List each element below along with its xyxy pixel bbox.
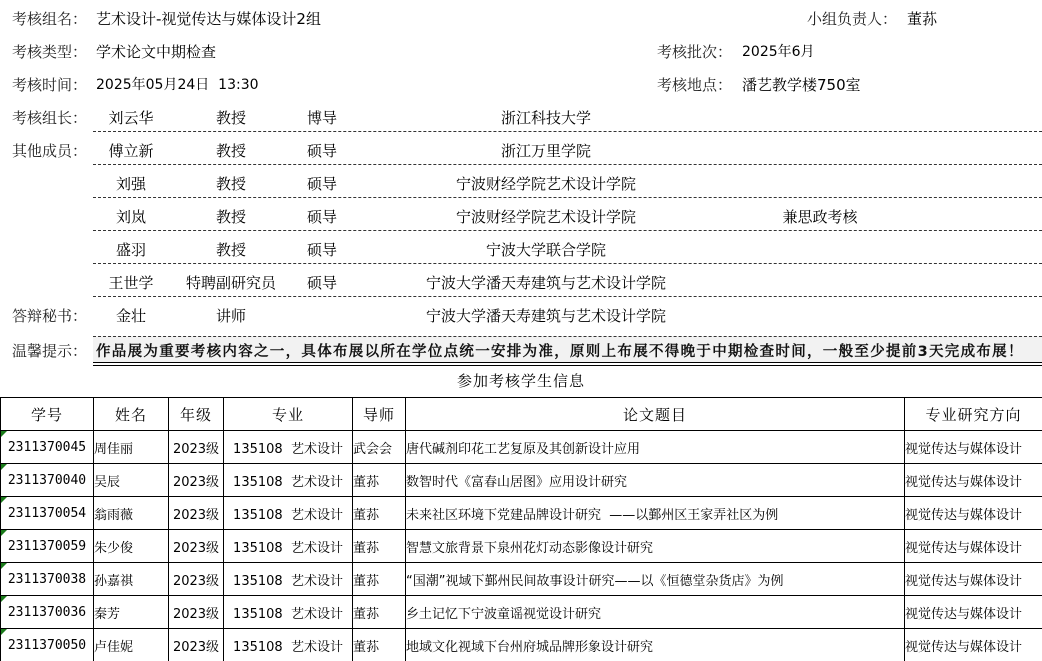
student-thesis[interactable]: 唐代碱剂印花工艺复原及其创新设计应用: [406, 431, 905, 464]
location-label: 考核地点：: [657, 74, 732, 95]
member-institution: 浙江万里学院: [396, 140, 696, 161]
type-value: 学术论文中期检查: [96, 41, 216, 62]
time-label: 考核时间：: [12, 74, 87, 95]
student-major[interactable]: 135108 艺术设计: [224, 629, 353, 661]
student-major[interactable]: 135108 艺术设计: [224, 497, 353, 530]
col-header-advisor: 导师: [353, 398, 406, 431]
cell-comment-marker-icon: [1, 596, 7, 602]
student-id: 2311370045: [8, 440, 86, 455]
student-id-cell[interactable]: 2311370036: [1, 596, 94, 629]
member-title: 教授: [171, 140, 291, 161]
tip-bar: 作品展为重要考核内容之一，具体布展以所在学位点统一安排为准，原则上布展不得晚于中…: [93, 336, 1042, 363]
member-name: 王世学: [81, 272, 181, 293]
table-row: 2311370054 翁雨薇 2023级 135108 艺术设计 董荪 未来社区…: [1, 497, 1042, 530]
student-id: 2311370054: [8, 506, 86, 521]
student-id: 2311370050: [8, 638, 86, 653]
group-name-value: 艺术设计-视觉传达与媒体设计2组: [96, 8, 321, 29]
student-major[interactable]: 135108 艺术设计: [224, 563, 353, 596]
chair-label: 考核组长：: [12, 107, 87, 128]
col-header-id: 学号: [1, 398, 94, 431]
student-advisor[interactable]: 董荪: [353, 629, 406, 661]
member-title: 讲师: [171, 305, 291, 326]
member-tutor: 博导: [292, 107, 352, 128]
divider: [93, 197, 1042, 198]
col-header-thesis: 论文题目: [406, 398, 905, 431]
member-institution: 宁波大学潘天寿建筑与艺术设计学院: [396, 272, 696, 293]
student-major[interactable]: 135108 艺术设计: [224, 464, 353, 497]
divider: [93, 131, 1042, 132]
student-advisor[interactable]: 武会会: [353, 431, 406, 464]
group-name-label: 考核组名：: [12, 8, 87, 29]
student-name[interactable]: 卢佳妮: [94, 629, 169, 661]
student-grade[interactable]: 2023级: [169, 431, 224, 464]
cell-comment-marker-icon: [1, 629, 7, 635]
student-id-cell[interactable]: 2311370038: [1, 563, 94, 596]
cell-comment-marker-icon: [1, 464, 7, 470]
student-thesis[interactable]: 未来社区环境下党建品牌设计研究 ——以鄞州区王家弄社区为例: [406, 497, 905, 530]
member-name: 傅立新: [81, 140, 181, 161]
member-tutor: 硕导: [292, 173, 352, 194]
student-direction[interactable]: 视觉传达与媒体设计: [905, 596, 1042, 629]
student-grade[interactable]: 2023级: [169, 530, 224, 563]
col-header-major: 专业: [224, 398, 353, 431]
tip-label: 温馨提示：: [12, 340, 87, 361]
member-tutor: 硕导: [292, 272, 352, 293]
tip-text: 作品展为重要考核内容之一，具体布展以所在学位点统一安排为准，原则上布展不得晚于中…: [96, 340, 1024, 361]
member-name: 刘岚: [81, 206, 181, 227]
divider: [93, 164, 1042, 165]
student-direction[interactable]: 视觉传达与媒体设计: [905, 563, 1042, 596]
student-advisor[interactable]: 董荪: [353, 497, 406, 530]
student-advisor[interactable]: 董荪: [353, 563, 406, 596]
member-name: 盛羽: [81, 239, 181, 260]
member-institution: 宁波财经学院艺术设计学院: [396, 206, 696, 227]
table-row: 2311370059 朱少俊 2023级 135108 艺术设计 董荪 智慧文旅…: [1, 530, 1042, 563]
time-value: 2025年05月24日 13:30: [96, 74, 259, 94]
type-label: 考核类型：: [12, 41, 87, 62]
member-name: 刘强: [81, 173, 181, 194]
member-tutor: 硕导: [292, 206, 352, 227]
leader-label: 小组负责人：: [807, 8, 897, 29]
students-table: 学号 姓名 年级 专业 导师 论文题目 专业研究方向 2311370045 周佳…: [0, 397, 1042, 661]
student-thesis[interactable]: 地域文化视域下台州府城品牌形象设计研究: [406, 629, 905, 661]
divider: [93, 263, 1042, 264]
member-title: 教授: [171, 206, 291, 227]
member-institution: 宁波大学潘天寿建筑与艺术设计学院: [396, 305, 696, 326]
student-thesis[interactable]: “国潮”视域下鄞州民间故事设计研究——以《恒德堂杂货店》为例: [406, 563, 905, 596]
student-id: 2311370040: [8, 473, 86, 488]
location-value: 潘艺教学楼750室: [742, 74, 861, 95]
student-direction[interactable]: 视觉传达与媒体设计: [905, 530, 1042, 563]
student-name[interactable]: 吴辰: [94, 464, 169, 497]
student-direction[interactable]: 视觉传达与媒体设计: [905, 431, 1042, 464]
student-name[interactable]: 孙嘉祺: [94, 563, 169, 596]
student-direction[interactable]: 视觉传达与媒体设计: [905, 629, 1042, 661]
student-direction[interactable]: 视觉传达与媒体设计: [905, 464, 1042, 497]
leader-value: 董荪: [907, 8, 937, 29]
student-id: 2311370059: [8, 539, 86, 554]
student-grade[interactable]: 2023级: [169, 563, 224, 596]
divider: [93, 230, 1042, 231]
member-institution: 宁波大学联合学院: [396, 239, 696, 260]
student-id-cell[interactable]: 2311370059: [1, 530, 94, 563]
student-direction[interactable]: 视觉传达与媒体设计: [905, 497, 1042, 530]
student-id-cell[interactable]: 2311370050: [1, 629, 94, 661]
cell-comment-marker-icon: [1, 530, 7, 536]
member-name: 刘云华: [81, 107, 181, 128]
student-name[interactable]: 周佳丽: [94, 431, 169, 464]
col-header-direction: 专业研究方向: [905, 398, 1042, 431]
secretary-label: 答辩秘书：: [12, 305, 87, 326]
student-grade[interactable]: 2023级: [169, 596, 224, 629]
member-institution: 浙江科技大学: [396, 107, 696, 128]
cell-comment-marker-icon: [1, 431, 7, 437]
student-grade[interactable]: 2023级: [169, 464, 224, 497]
cell-comment-marker-icon: [1, 497, 7, 503]
member-title: 教授: [171, 239, 291, 260]
student-major[interactable]: 135108 艺术设计: [224, 596, 353, 629]
member-title: 特聘副研究员: [171, 272, 291, 293]
student-id-cell[interactable]: 2311370040: [1, 464, 94, 497]
col-header-name: 姓名: [94, 398, 169, 431]
table-row: 2311370050 卢佳妮 2023级 135108 艺术设计 董荪 地域文化…: [1, 629, 1042, 661]
student-id: 2311370036: [8, 605, 86, 620]
member-tutor: 硕导: [292, 140, 352, 161]
student-name[interactable]: 翁雨薇: [94, 497, 169, 530]
table-row: 2311370045 周佳丽 2023级 135108 艺术设计 武会会 唐代碱…: [1, 431, 1042, 464]
students-section-title: 参加考核学生信息: [0, 370, 1042, 391]
member-title: 教授: [171, 173, 291, 194]
student-advisor[interactable]: 董荪: [353, 530, 406, 563]
student-name[interactable]: 秦芳: [94, 596, 169, 629]
student-thesis[interactable]: 乡土记忆下宁波童谣视觉设计研究: [406, 596, 905, 629]
table-row: 2311370038 孙嘉祺 2023级 135108 艺术设计 董荪 “国潮”…: [1, 563, 1042, 596]
student-advisor[interactable]: 董荪: [353, 596, 406, 629]
student-id-cell[interactable]: 2311370045: [1, 431, 94, 464]
batch-label: 考核批次：: [657, 41, 732, 62]
student-grade[interactable]: 2023级: [169, 629, 224, 661]
student-grade[interactable]: 2023级: [169, 497, 224, 530]
student-id: 2311370038: [8, 572, 86, 587]
student-id-cell[interactable]: 2311370054: [1, 497, 94, 530]
student-thesis[interactable]: 智慧文旅背景下泉州花灯动态影像设计研究: [406, 530, 905, 563]
table-row: 2311370036 秦芳 2023级 135108 艺术设计 董荪 乡土记忆下…: [1, 596, 1042, 629]
student-major[interactable]: 135108 艺术设计: [224, 530, 353, 563]
members-label: 其他成员：: [12, 140, 87, 161]
student-name[interactable]: 朱少俊: [94, 530, 169, 563]
batch-value: 2025年6月: [742, 41, 815, 61]
table-header-row: 学号 姓名 年级 专业 导师 论文题目 专业研究方向: [1, 398, 1042, 431]
member-institution: 宁波财经学院艺术设计学院: [396, 173, 696, 194]
cell-comment-marker-icon: [1, 563, 7, 569]
col-header-grade: 年级: [169, 398, 224, 431]
tip-double-underline: [93, 362, 1042, 366]
member-tutor: 硕导: [292, 239, 352, 260]
student-major[interactable]: 135108 艺术设计: [224, 431, 353, 464]
student-advisor[interactable]: 董荪: [353, 464, 406, 497]
member-title: 教授: [171, 107, 291, 128]
member-name: 金壮: [81, 305, 181, 326]
divider: [93, 296, 1042, 297]
member-note: 兼思政考核: [760, 206, 880, 227]
table-row: 2311370040 吴辰 2023级 135108 艺术设计 董荪 数智时代《…: [1, 464, 1042, 497]
student-thesis[interactable]: 数智时代《富春山居图》应用设计研究: [406, 464, 905, 497]
